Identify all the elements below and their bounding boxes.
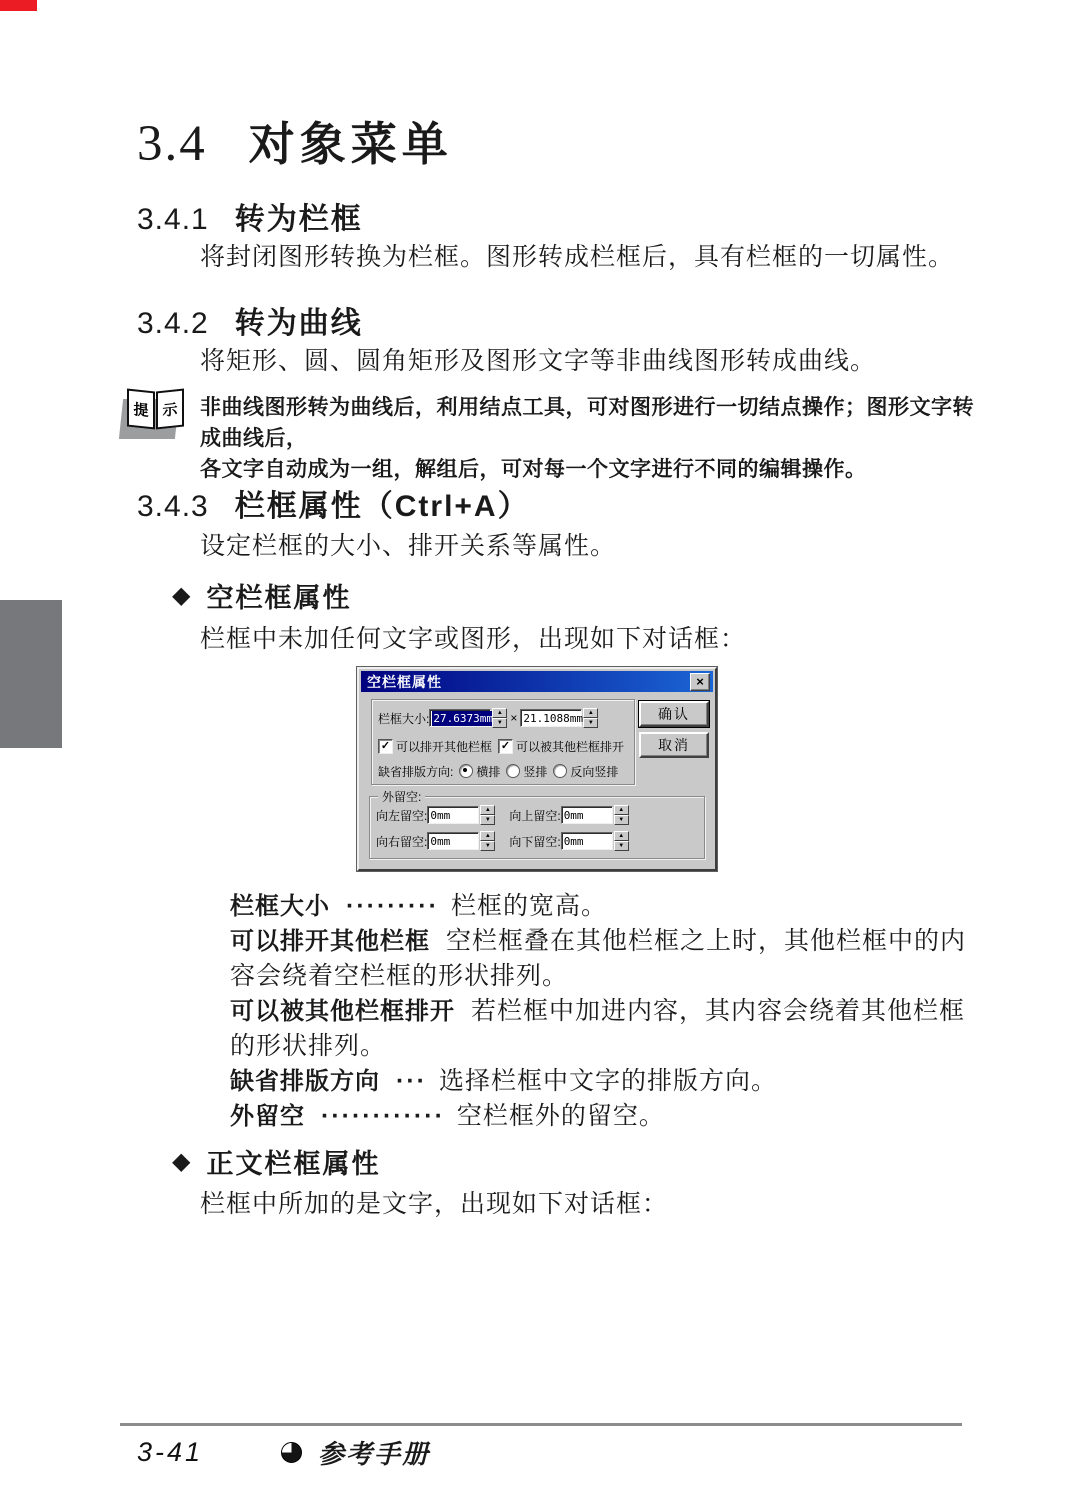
margin-right-value: 0mm (430, 835, 450, 848)
spin-down-icon[interactable]: ▼ (492, 718, 507, 728)
diamond-bullet-icon: ◆ (172, 584, 190, 608)
print-registration-mark (0, 0, 37, 11)
close-icon[interactable]: × (690, 673, 710, 691)
frame-width-value: 27.6373mm (432, 711, 494, 726)
margin-right-spinner[interactable]: ▲▼ (480, 831, 495, 851)
spin-up-icon[interactable]: ▲ (583, 708, 598, 718)
frame-size-label: 栏框大小: (378, 710, 429, 727)
leader-dots: ········· (346, 892, 439, 920)
page-title-number: 3.4 (137, 115, 207, 173)
ok-button[interactable]: 确认 (639, 701, 709, 727)
default-direction-label: 缺省排版方向: (378, 763, 453, 780)
definition-item: 可以排开其他栏框空栏框叠在其他栏框之上时，其他栏框中的内容会绕着空栏框的形状排列… (230, 924, 978, 994)
radio-vertical-label[interactable]: 竖排 (523, 763, 547, 780)
page-title: 3.4 对象菜单 (137, 108, 453, 174)
definition-desc: 选择栏框中文字的排版方向。 (439, 1068, 777, 1095)
tip-book-right-page: 示 (156, 389, 184, 430)
margin-bottom-spinner[interactable]: ▲▼ (614, 831, 629, 851)
frame-height-value: 21.1088mm (523, 712, 583, 725)
section-body-341: 将封闭图形转换为栏框。图形转成栏框后，具有栏框的一切属性。 (200, 237, 980, 273)
subsection-title: 正文栏框属性 (206, 1142, 380, 1181)
outer-margin-group: 外留空: 向左留空: 0mm ▲▼ 向上留空: 0mm ▲▼ 向右留空: 0mm… (369, 796, 705, 859)
section-title: 转为栏框 (235, 194, 363, 238)
diamond-bullet-icon: ◆ (172, 1150, 190, 1174)
leader-dots: ············ (321, 1102, 445, 1130)
section-heading-343: 3.4.3 栏框属性（Ctrl+A） (137, 481, 530, 525)
tip-book-icon: 提 示 (125, 390, 187, 448)
cancel-button[interactable]: 取消 (639, 732, 709, 758)
radio-reverse-vertical-label[interactable]: 反向竖排 (570, 763, 618, 780)
section-body-342: 将矩形、圆、圆角矩形及图形文字等非曲线图形转成曲线。 (200, 341, 980, 377)
section-number: 3.4.2 (137, 307, 209, 341)
subsection-title: 空栏框属性 (206, 576, 351, 615)
margin-bottom-value: 0mm (564, 835, 584, 848)
margin-top-input[interactable]: 0mm (561, 806, 613, 824)
margin-right-label: 向右留空: (376, 833, 427, 850)
margin-left-spinner[interactable]: ▲▼ (480, 805, 495, 825)
reference-disc-icon (281, 1442, 302, 1463)
radio-reverse-vertical[interactable] (553, 764, 567, 778)
spin-down-icon[interactable]: ▼ (480, 841, 495, 851)
footer-page-number: 3-41 (137, 1437, 203, 1468)
dialog-empty-frame-properties: 空栏框属性 × 栏框大小: 27.6373mm ▲▼ × 21.1088mm ▲… (357, 667, 717, 871)
frame-height-input[interactable]: 21.1088mm (520, 709, 582, 727)
radio-horizontal-label[interactable]: 横排 (476, 763, 500, 780)
radio-horizontal[interactable] (459, 764, 473, 778)
section-title: 转为曲线 (235, 298, 363, 342)
margin-bottom-input[interactable]: 0mm (561, 832, 613, 850)
multiply-sign: × (510, 711, 517, 725)
outer-margin-group-label: 外留空: (378, 788, 425, 805)
tip-line-1: 非曲线图形转为曲线后，利用结点工具，可对图形进行一切结点操作；图形文字转成曲线后… (200, 392, 990, 454)
margin-top-label: 向上留空: (509, 807, 560, 824)
definition-desc: 空栏框外的留空。 (457, 1103, 665, 1130)
chapter-edge-tab (0, 600, 62, 748)
definition-term: 外留空 (230, 1103, 305, 1130)
page-title-text: 对象菜单 (249, 108, 453, 174)
definition-item: 缺省排版方向···选择栏框中文字的排版方向。 (230, 1064, 978, 1099)
spin-down-icon[interactable]: ▼ (583, 718, 598, 728)
subsection-text-intro: 栏框中所加的是文字，出现如下对话框： (200, 1184, 980, 1220)
frame-width-spinner[interactable]: ▲▼ (492, 708, 507, 728)
definition-term: 可以排开其他栏框 (230, 928, 430, 955)
leader-dots: ··· (396, 1067, 427, 1095)
spin-down-icon[interactable]: ▼ (480, 815, 495, 825)
definition-item: 可以被其他栏框排开若栏框中加进内容，其内容会绕着其他栏框的形状排列。 (230, 994, 978, 1064)
definition-list: 栏框大小·········栏框的宽高。 可以排开其他栏框空栏框叠在其他栏框之上时… (230, 889, 978, 1134)
spin-up-icon[interactable]: ▲ (480, 805, 495, 815)
margin-left-value: 0mm (430, 809, 450, 822)
margin-left-label: 向左留空: (376, 807, 427, 824)
margin-right-input[interactable]: 0mm (427, 832, 479, 850)
spin-up-icon[interactable]: ▲ (614, 831, 629, 841)
dialog-titlebar[interactable]: 空栏框属性 × (361, 671, 713, 692)
checkbox-repel-other-frames-label[interactable]: 可以排开其他栏框 (396, 738, 492, 755)
frame-height-spinner[interactable]: ▲▼ (583, 708, 598, 728)
margin-left-input[interactable]: 0mm (427, 806, 479, 824)
definition-item: 外留空············空栏框外的留空。 (230, 1099, 978, 1134)
spin-up-icon[interactable]: ▲ (614, 805, 629, 815)
checkbox-repelled-by-other-frames-label[interactable]: 可以被其他栏框排开 (516, 738, 624, 755)
subsection-text-frame: ◆ 正文栏框属性 (172, 1142, 380, 1181)
definition-term: 栏框大小 (230, 893, 330, 920)
definition-term: 缺省排版方向 (230, 1068, 380, 1095)
frame-width-input[interactable]: 27.6373mm (429, 709, 491, 727)
section-body-343: 设定栏框的大小、排开关系等属性。 (200, 526, 980, 562)
spin-up-icon[interactable]: ▲ (492, 708, 507, 718)
section-number: 3.4.1 (137, 203, 209, 237)
spin-up-icon[interactable]: ▲ (480, 831, 495, 841)
dialog-title: 空栏框属性 (367, 672, 442, 692)
tip-text: 非曲线图形转为曲线后，利用结点工具，可对图形进行一切结点操作；图形文字转成曲线后… (200, 392, 990, 485)
check-icon: ✓ (381, 741, 390, 752)
spin-down-icon[interactable]: ▼ (614, 841, 629, 851)
radio-vertical[interactable] (506, 764, 520, 778)
subsection-empty-frame: ◆ 空栏框属性 (172, 576, 351, 615)
margin-bottom-label: 向下留空: (509, 833, 560, 850)
spin-down-icon[interactable]: ▼ (614, 815, 629, 825)
footer-manual-label: 参考手册 (318, 1434, 430, 1471)
tip-book-left-page: 提 (127, 389, 155, 430)
section-title: 栏框属性（Ctrl+A） (235, 481, 530, 525)
subsection-empty-intro: 栏框中未加任何文字或图形，出现如下对话框： (200, 619, 980, 655)
footer-rule (120, 1423, 962, 1426)
section-number: 3.4.3 (137, 490, 209, 524)
section-heading-342: 3.4.2 转为曲线 (137, 298, 363, 342)
checkbox-repel-other-frames[interactable]: ✓ (378, 739, 393, 754)
checkbox-repelled-by-other-frames[interactable]: ✓ (498, 739, 513, 754)
section-heading-341: 3.4.1 转为栏框 (137, 194, 363, 238)
margin-top-spinner[interactable]: ▲▼ (614, 805, 629, 825)
definition-item: 栏框大小·········栏框的宽高。 (230, 889, 978, 924)
check-icon: ✓ (501, 741, 510, 752)
frame-size-group: 栏框大小: 27.6373mm ▲▼ × 21.1088mm ▲▼ ✓ 可以排开… (371, 699, 635, 785)
definition-term: 可以被其他栏框排开 (230, 998, 455, 1025)
margin-top-value: 0mm (564, 809, 584, 822)
definition-desc: 栏框的宽高。 (451, 893, 607, 920)
footer: 3-41 参考手册 (137, 1434, 430, 1471)
